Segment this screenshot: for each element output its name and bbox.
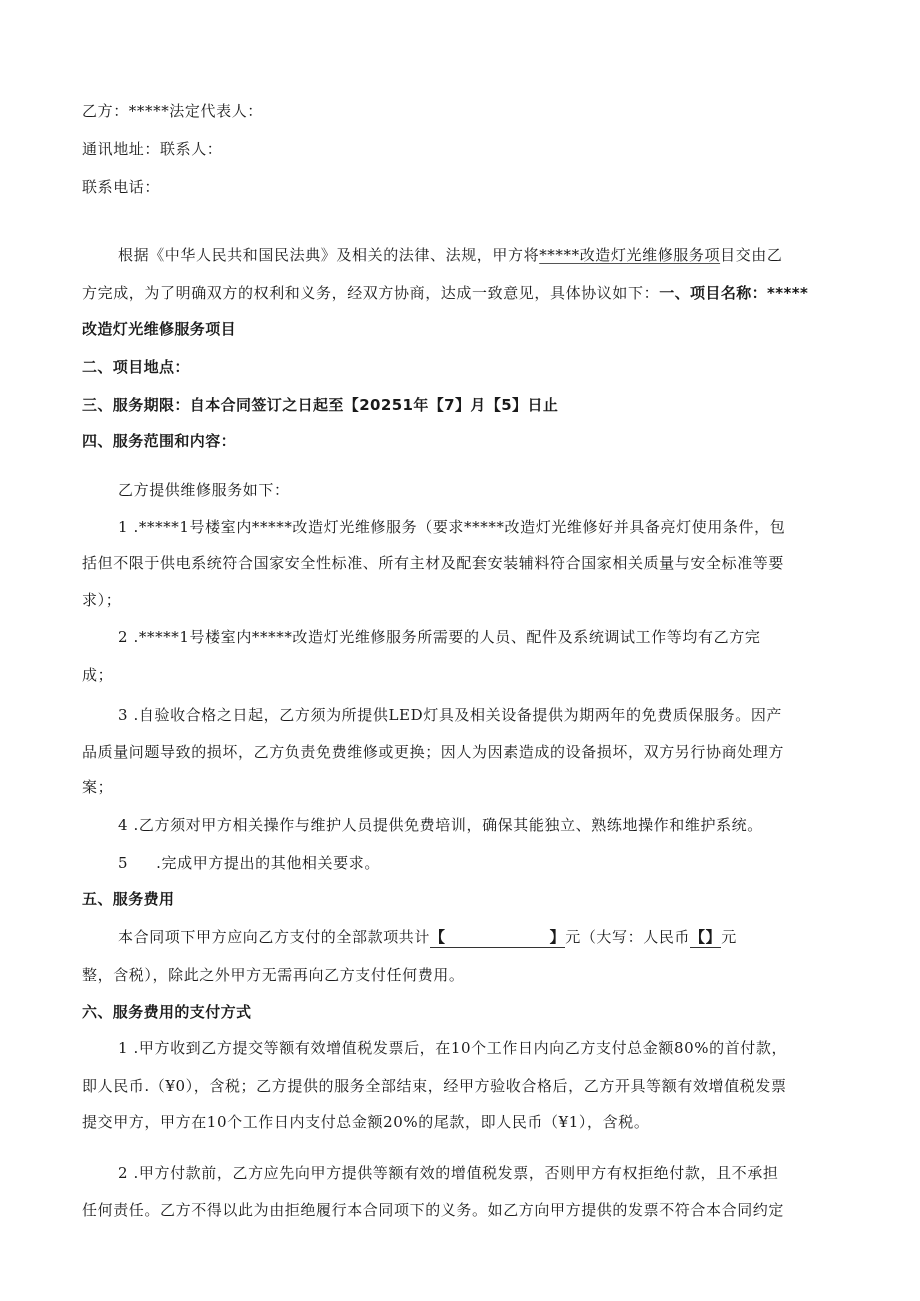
party-b-name-line: 乙方：*****法定代表人： <box>82 101 263 121</box>
payment-item-2-line-1: 2 .甲方付款前，乙方应先向甲方提供等额有效的增值税发票，否则甲方有权拒绝付款，… <box>118 1163 778 1183</box>
fee-text: 本合同项下甲方应向乙方支付的全部款项共计 <box>118 928 430 946</box>
intro-line-1: 根据《中华人民共和国民法典》及相关的法律、法规，甲方将*****改造灯光维修服务… <box>118 245 783 265</box>
scope-item-3-line-2: 品质量问题导致的损坏，乙方负责免费维修或更换；因人为因素造成的设备损坏，双方另行… <box>82 742 784 762</box>
scope-item-5: 5.完成甲方提出的其他相关要求。 <box>118 853 380 873</box>
section-1-project-name: 改造灯光维修服务项目 <box>82 319 236 339</box>
scope-item-5-text: .完成甲方提出的其他相关要求。 <box>156 854 380 872</box>
fee-text: 元 <box>721 928 737 946</box>
fee-line-1: 本合同项下甲方应向乙方支付的全部款项共计【】元（大写：人民币【】元 <box>118 927 737 948</box>
section-3-title: 三、服务期限：自本合同签订之日起至【20251年【7】月【5】日止 <box>82 395 558 415</box>
fee-line-2: 整，含税），除此之外甲方无需再向乙方支付任何费用。 <box>82 965 465 985</box>
intro-text: 目交由乙 <box>720 246 782 264</box>
contract-page: 乙方：*****法定代表人： 通讯地址：联系人： 联系电话： 根据《中华人民共和… <box>0 0 920 1301</box>
party-b-phone-line: 联系电话： <box>82 177 160 197</box>
scope-intro: 乙方提供维修服务如下： <box>118 480 290 500</box>
payment-item-2-line-2: 任何责任。乙方不得以此为由拒绝履行本合同项下的义务。如乙方向甲方提供的发票不符合… <box>82 1200 784 1220</box>
section-5-title: 五、服务费用 <box>82 889 174 909</box>
total-amount-field: 【】 <box>430 927 565 948</box>
party-b-address-line: 通讯地址：联系人： <box>82 139 222 159</box>
scope-item-2-line-1: 2 .*****1号楼室内*****改造灯光维修服务所需要的人员、配件及系统调试… <box>118 627 760 647</box>
intro-line-2: 方完成，为了明确双方的权利和义务，经双方协商，达成一致意见，具体协议如下：一、项… <box>82 283 808 303</box>
scope-item-2-line-2: 成； <box>82 665 113 685</box>
scope-item-1-line-3: 求）； <box>82 590 121 610</box>
scope-item-1-line-2: 括但不限于供电系统符合国家安全性标准、所有主材及配套安装辅料符合国家相关质量与安… <box>82 553 784 573</box>
section-1-title: 一、项目名称：***** <box>659 284 808 302</box>
fee-text: 元（大写：人民币 <box>565 928 690 946</box>
amount-in-words-field: 【】 <box>690 927 721 948</box>
section-2-title: 二、项目地点： <box>82 357 190 377</box>
section-6-title: 六、服务费用的支付方式 <box>82 1002 251 1022</box>
scope-item-5-number: 5 <box>118 854 128 872</box>
scope-item-3-line-1: 3 .自验收合格之日起，乙方须为所提供LED灯具及相关设备提供为期两年的免费质保… <box>118 705 782 725</box>
scope-item-3-line-3: 案； <box>82 777 113 797</box>
payment-item-1-line-1: 1 .甲方收到乙方提交等额有效增值税发票后，在10个工作日内向乙方支付总金额80… <box>118 1038 787 1058</box>
section-4-title: 四、服务范围和内容： <box>82 431 236 451</box>
scope-item-1-line-1: 1 .*****1号楼室内*****改造灯光维修服务（要求*****改造灯光维修… <box>118 517 785 537</box>
scope-item-4-line-1: 4 .乙方须对甲方相关操作与维护人员提供免费培训，确保其能独立、熟练地操作和维护… <box>118 815 763 835</box>
project-name-underlined: *****改造灯光维修服务项 <box>539 246 720 264</box>
payment-item-1-line-3: 提交甲方，甲方在10个工作日内支付总金额20%的尾款，即人民币（¥1），含税。 <box>82 1112 649 1132</box>
payment-item-1-line-2: 即人民币.（¥0），含税；乙方提供的服务全部结束，经甲方验收合格后，乙方开具等额… <box>82 1076 787 1096</box>
intro-text: 根据《中华人民共和国民法典》及相关的法律、法规，甲方将 <box>118 246 539 264</box>
intro-text: 方完成，为了明确双方的权利和义务，经双方协商，达成一致意见，具体协议如下： <box>82 284 659 302</box>
